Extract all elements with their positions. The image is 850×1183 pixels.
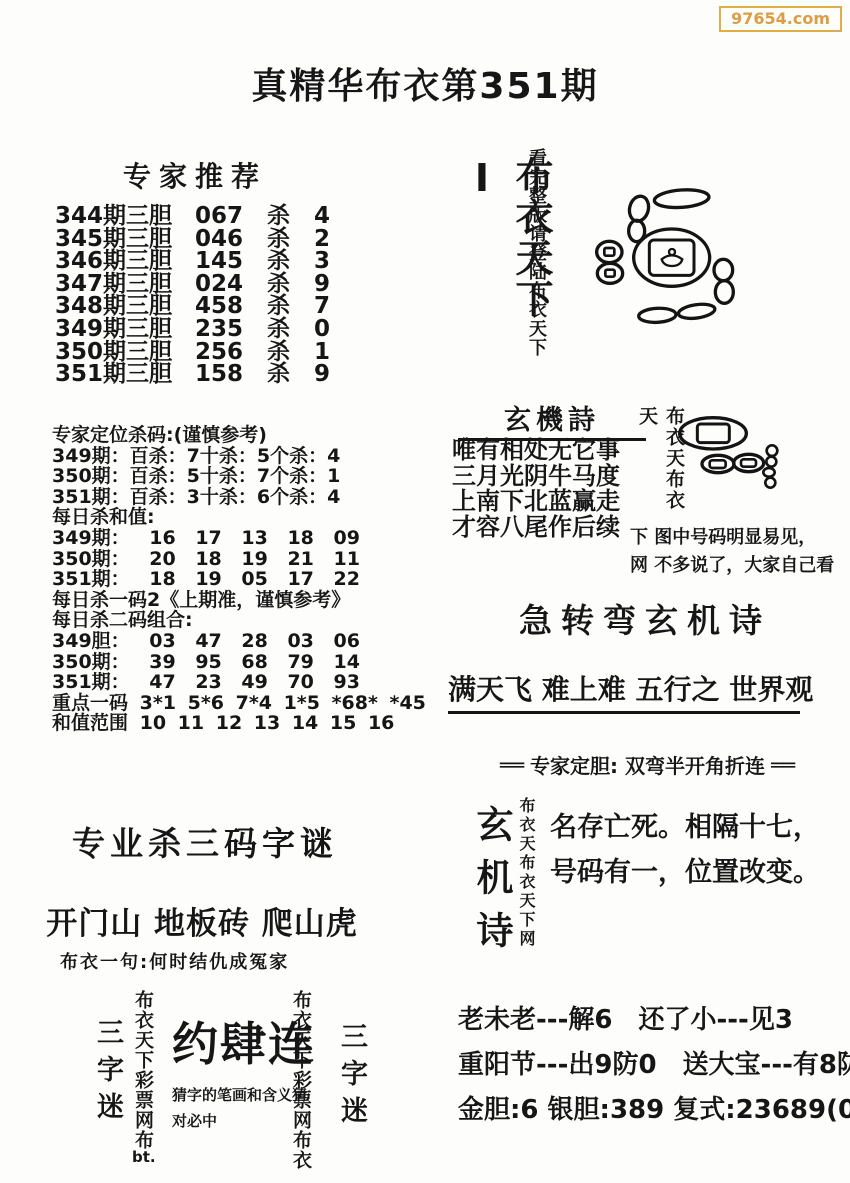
dan-cell: 235 bbox=[195, 318, 267, 341]
position-kill-section: 专家定位杀码:(谨慎参考) 349期：百杀：7十杀：5个杀：4 350期：百杀：… bbox=[52, 425, 362, 734]
xuanji2-lines: 名存亡死。相隔十七， 号码有一，位置改变。 bbox=[550, 805, 845, 895]
doodle-note-line2: 网 不多说了，大家自己看 bbox=[630, 552, 845, 580]
dan-cell: 067 bbox=[195, 205, 267, 228]
xuanji2-site-vertical: 布衣天布衣天下网 bbox=[515, 797, 538, 972]
gold-dan-line: 金胆:6 银胆:389 复式:23689(0) bbox=[458, 1088, 848, 1133]
kill-cell: 杀 0 bbox=[267, 318, 330, 341]
three-char-riddle-box: 三字迷 布衣天下彩票网布 bt. 约肆连 猜字的笔画和含义猜 对必中 布衣天下彩… bbox=[60, 990, 365, 1182]
daily-sum-row: 351期： 18 19 05 17 22 bbox=[52, 569, 362, 590]
deco-left: ══ bbox=[500, 753, 524, 777]
right-vertical-label: 三字迷 bbox=[332, 1022, 371, 1133]
riddle-note: 猜字的笔画和含义猜 对必中 bbox=[172, 1082, 307, 1134]
doodle-note-line1: 下 图中号码明显易见， bbox=[630, 524, 845, 552]
xuanji2-line2: 号码有一，位置改变。 bbox=[550, 850, 845, 895]
issue-cell: 346期三胆 bbox=[55, 250, 195, 273]
daily-sum-header: 每日杀和值: bbox=[52, 507, 362, 528]
issue-cell: 351期三胆 bbox=[55, 363, 195, 386]
dan-cell: 256 bbox=[195, 341, 267, 364]
solutions-section: 老未老---解6 还了小---见3 重阳节---出9防0 送大宝---有8防2 … bbox=[458, 998, 848, 1133]
dan-cell: 024 bbox=[195, 273, 267, 296]
site-latin-label: bt. bbox=[132, 1148, 156, 1166]
table-row: 344期三胆 067 杀 4 bbox=[55, 205, 335, 228]
dan-cell: 458 bbox=[195, 295, 267, 318]
sharp-turn-line: 满天飞 难上难 五行之 世界观 bbox=[448, 668, 800, 714]
page-title: 真精华布衣第351期 bbox=[0, 58, 850, 109]
xuanji2-vertical-title: 玄机诗 bbox=[464, 805, 518, 975]
issue-cell: 347期三胆 bbox=[55, 273, 195, 296]
deco-right: ══ bbox=[771, 753, 795, 777]
solution-line1: 老未老---解6 还了小---见3 bbox=[458, 998, 848, 1043]
right-site-vertical: 布衣天下彩票网布衣 bbox=[288, 990, 315, 1170]
issue-cell: 345期三胆 bbox=[55, 228, 195, 251]
two-code-row: 350期： 39 95 68 79 14 bbox=[52, 652, 362, 673]
table-row: 349期三胆 235 杀 0 bbox=[55, 318, 335, 341]
kill-cell: 杀 9 bbox=[267, 273, 330, 296]
lottery-sheet-page: 97654.com 真精华布衣第351期 专家推荐 344期三胆 067 杀 4… bbox=[0, 0, 850, 1183]
issue-cell: 349期三胆 bbox=[55, 318, 195, 341]
table-row: 345期三胆 046 杀 2 bbox=[55, 228, 335, 251]
poem-line: 上南下北蓝赢走 bbox=[452, 489, 644, 515]
doodle-note: 下 图中号码明显易见， 网 不多说了，大家自己看 bbox=[630, 524, 845, 580]
kill-cell: 杀 2 bbox=[267, 228, 330, 251]
kill-cell: 杀 9 bbox=[267, 363, 330, 386]
three-code-riddle-line: 开门山 地板砖 爬山虎 bbox=[42, 898, 362, 943]
dan-cell: 046 bbox=[195, 228, 267, 251]
expert-recommend-header: 专家推荐 bbox=[55, 155, 335, 195]
buyi-sentence: 布衣一句:何时结仇成冤家 bbox=[60, 948, 289, 974]
table-row: 347期三胆 024 杀 9 bbox=[55, 273, 335, 296]
coins-doodle bbox=[658, 400, 848, 525]
xuanji2-section: 玄机诗 布衣天布衣天下网 名存亡死。相隔十七， 号码有一，位置改变。 bbox=[460, 795, 845, 975]
daily-one-note: 每日杀一码2《上期准，谨慎参考》 bbox=[52, 590, 362, 611]
sum-range-line: 和值范围 10 11 12 13 14 15 16 bbox=[52, 713, 362, 734]
table-row: 351期三胆 158 杀 9 bbox=[55, 363, 335, 386]
coin-cluster-doodle bbox=[560, 176, 840, 341]
daily-sum-row: 350期： 20 18 19 21 11 bbox=[52, 549, 362, 570]
kill-cell: 杀 1 bbox=[267, 341, 330, 364]
xuanji-poem-lines: 唯有相处无它事 三月光阴牛马度 上南下北蓝赢走 才容八尾作后续 bbox=[452, 438, 644, 540]
xuanji-poem-section: 玄機詩 唯有相处无它事 三月光阴牛马度 上南下北蓝赢走 才容八尾作后续 布衣天布… bbox=[450, 398, 845, 588]
daily-sum-row: 349期： 16 17 13 18 09 bbox=[52, 528, 362, 549]
xuanji2-line1: 名存亡死。相隔十七， bbox=[550, 805, 845, 850]
issue-cell: 344期三胆 bbox=[55, 205, 195, 228]
position-kill-row: 349期：百杀：7十杀：5个杀：4 bbox=[52, 446, 362, 467]
poem-line: 才容八尾作后续 bbox=[452, 515, 644, 541]
position-kill-row: 350期：百杀：5十杀：7个杀：1 bbox=[52, 466, 362, 487]
position-kill-header: 专家定位杀码:(谨慎参考) bbox=[52, 425, 362, 446]
login-note-vertical: 看完整版请登陆布衣天下 bbox=[523, 148, 549, 363]
position-kill-row: 351期：百杀：3十杀：6个杀：4 bbox=[52, 487, 362, 508]
riddle-note-line2: 对必中 bbox=[172, 1108, 307, 1134]
watermark-badge: 97654.com bbox=[719, 6, 842, 32]
xuanji-poem-header: 玄機詩 bbox=[458, 398, 646, 441]
expert-dan-text: 专家定胆: 双弯半开角折连 bbox=[530, 750, 765, 779]
two-code-row: 351期： 47 23 49 70 93 bbox=[52, 672, 362, 693]
table-row: 346期三胆 145 杀 3 bbox=[55, 250, 335, 273]
left-vertical-label: 三字迷 bbox=[88, 1018, 127, 1129]
dan-cell: 158 bbox=[195, 363, 267, 386]
dan-cell: 145 bbox=[195, 250, 267, 273]
left-site-vertical: 布衣天下彩票网布 bbox=[130, 990, 157, 1150]
solution-line2: 重阳节---出9防0 送大宝---有8防2 bbox=[458, 1043, 848, 1088]
expert-dan-line: ══ 专家定胆: 双弯半开角折连 ══ bbox=[450, 750, 845, 779]
table-row: 350期三胆 256 杀 1 bbox=[55, 341, 335, 364]
kill-cell: 杀 4 bbox=[267, 205, 330, 228]
kill-cell: 杀 3 bbox=[267, 250, 330, 273]
issue-cell: 350期三胆 bbox=[55, 341, 195, 364]
two-code-row: 349胆： 03 47 28 03 06 bbox=[52, 631, 362, 652]
key-one-line: 重点一码 3*1 5*6 7*4 1*5 *68* *45 bbox=[52, 693, 362, 714]
two-code-header: 每日杀二码组合: bbox=[52, 610, 362, 631]
three-code-riddle-header: 专业杀三码字谜 bbox=[50, 818, 360, 865]
poem-line: 三月光阴牛马度 bbox=[452, 464, 644, 490]
expert-recommend-section: 专家推荐 344期三胆 067 杀 4 345期三胆 046 杀 2 346期三… bbox=[55, 155, 335, 386]
table-row: 348期三胆 458 杀 7 bbox=[55, 295, 335, 318]
issue-cell: 348期三胆 bbox=[55, 295, 195, 318]
riddle-note-line1: 猜字的笔画和含义猜 bbox=[172, 1082, 307, 1108]
kill-cell: 杀 7 bbox=[267, 295, 330, 318]
buyi-tianxia-section: 布衣天下Ⅰ 看完整版请登陆布衣天下 bbox=[455, 148, 845, 363]
poem-line: 唯有相处无它事 bbox=[452, 438, 644, 464]
sharp-turn-header: 急转弯玄机诗 bbox=[455, 595, 835, 642]
